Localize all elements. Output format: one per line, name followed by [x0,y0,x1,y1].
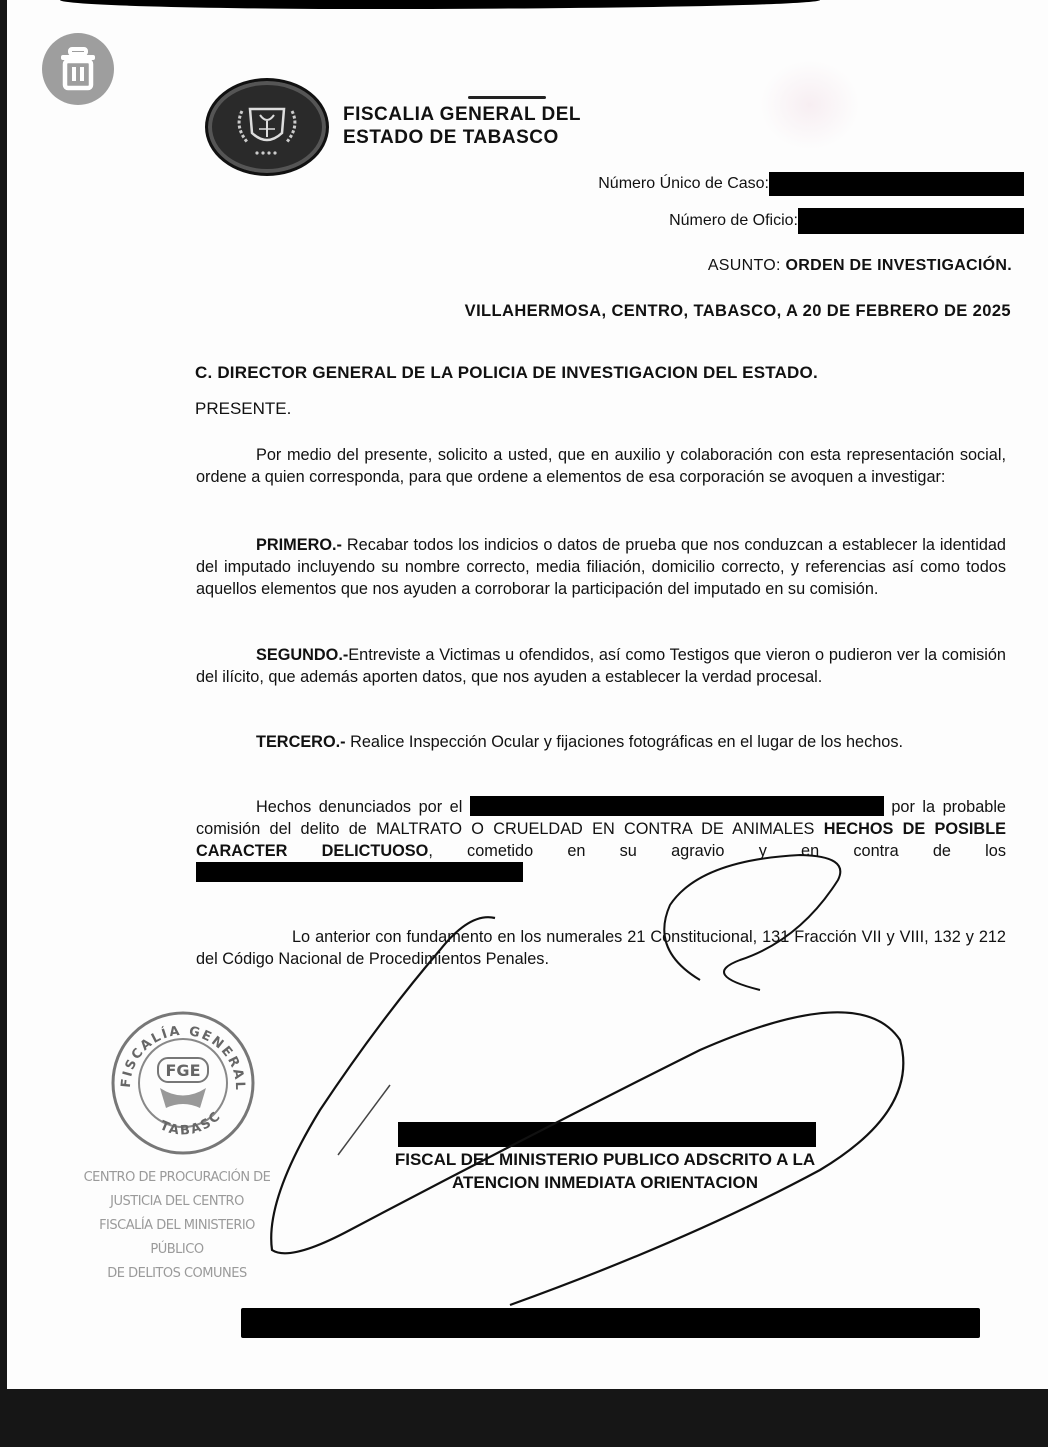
intro-paragraph: Por medio del presente, solicito a usted… [196,444,1006,488]
signer-name-redacted [398,1122,816,1147]
addressee: C. DIRECTOR GENERAL DE LA POLICIA DE INV… [195,363,818,383]
seal-caption: CENTRO DE PROCURACIÓN DE JUSTICIA DEL CE… [82,1166,272,1286]
svg-text:FGE: FGE [166,1061,201,1080]
item-primero: PRIMERO.- Recabar todos los indicios o d… [196,534,1006,600]
logo-accent-line [468,96,546,99]
item-segundo: SEGUNDO.-Entreviste a Victimas u ofendid… [196,644,1006,688]
item-tercero: TERCERO.- Realice Inspección Ocular y fi… [196,731,1006,753]
delete-button[interactable] [42,33,114,105]
accused-redacted [196,862,523,882]
faded-stamp [760,60,860,150]
office-number-redacted [798,208,1024,234]
footer-code-redacted [241,1308,980,1338]
complainant-redacted [470,796,884,816]
case-number-redacted [769,172,1024,196]
organization-name: FISCALIA GENERAL DEL ESTADO DE TABASCO [343,103,581,149]
greeting: PRESENTE. [195,399,291,419]
office-number-row: Número de Oficio: [669,208,1024,234]
official-seal: FISCALÍA GENERAL DEL ESTADO TABASCO FGE [108,1008,258,1158]
signer-title: FISCAL DEL MINISTERIO PUBLICO ADSCRITO A… [340,1148,870,1194]
case-number-label: Número Único de Caso: [598,175,769,193]
case-number-row: Número Único de Caso: [598,172,1024,196]
shield-emblem-icon [208,81,326,173]
subject-line: ASUNTO: ORDEN DE INVESTIGACIÓN. [708,257,1012,275]
facts-paragraph: Hechos denunciados por el por la probabl… [196,796,1006,884]
agency-logo [205,78,329,176]
office-number-label: Número de Oficio: [669,212,798,230]
place-and-date: VILLAHERMOSA, CENTRO, TABASCO, A 20 DE F… [465,302,1011,321]
legal-basis-paragraph: Lo anterior con fundamento en los numera… [196,926,1006,970]
trash-icon [58,47,98,91]
